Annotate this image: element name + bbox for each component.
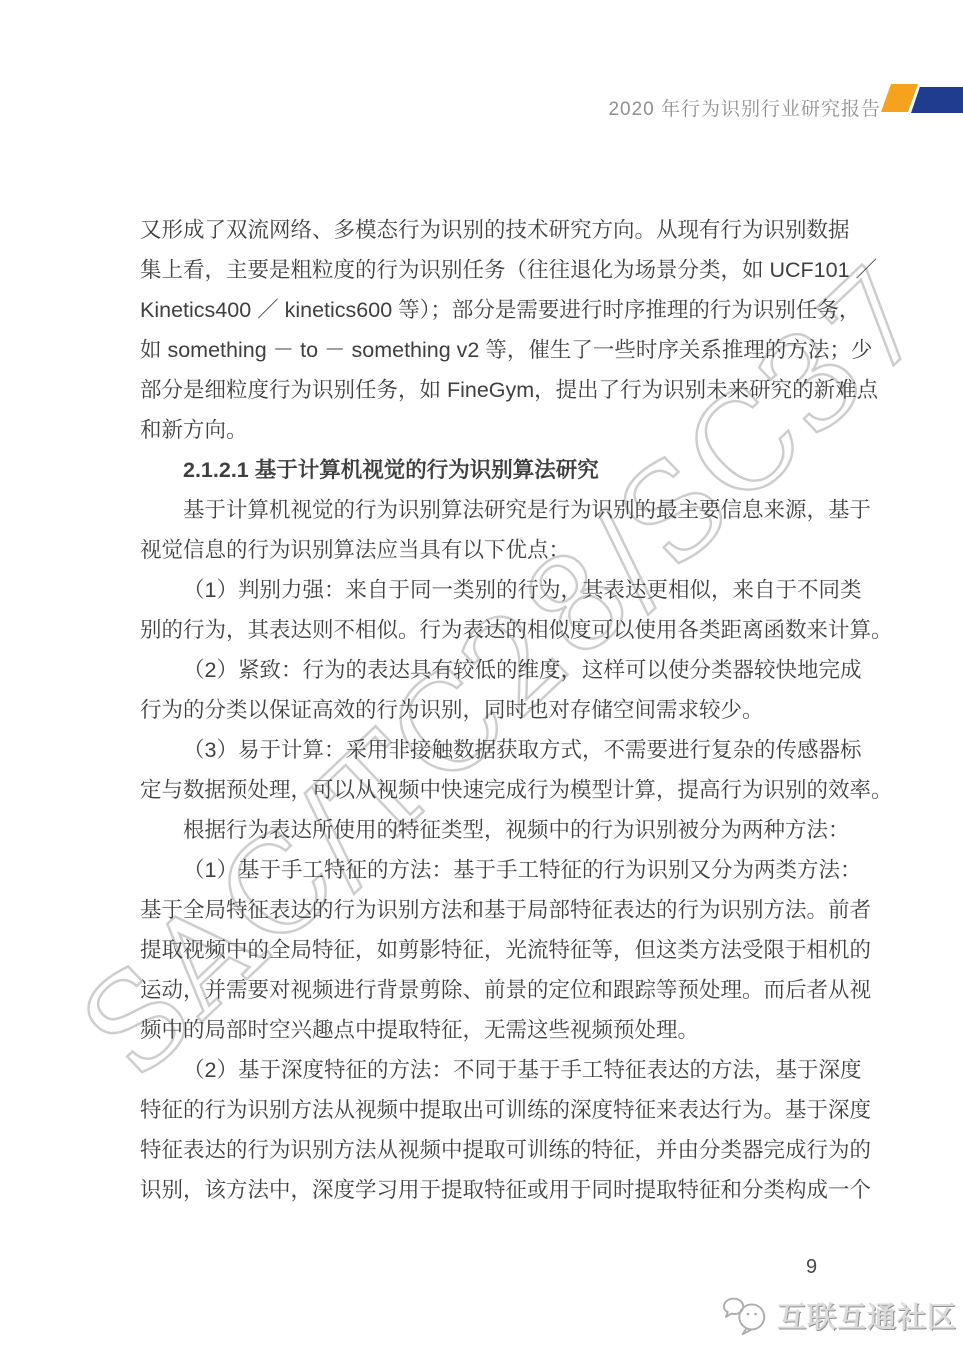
body-text-line: 部分是细粒度行为识别任务，如 FineGym，提出了行为识别未来研究的新难点 (140, 370, 852, 410)
document-body: 又形成了双流网络、多模态行为识别的技术研究方向。从现有行为识别数据集上看，主要是… (140, 210, 852, 1210)
footer-brand: 互联互通社区 (722, 1294, 957, 1336)
body-text-line: 视觉信息的行为识别算法应当具有以下优点： (140, 530, 852, 570)
body-text-line: 集上看，主要是粗粒度的行为识别任务（往往退化为场景分类，如 UCF101 ／ (140, 250, 852, 290)
body-text-line: Kinetics400 ／ kinetics600 等）；部分是需要进行时序推理… (140, 290, 852, 330)
document-page: SAC/TC28/SC37 2020 年行为识别行业研究报告 又形成了双流网络、… (0, 0, 963, 1360)
body-text-line: 频中的局部时空兴趣点中提取特征，无需这些视频预处理。 (140, 1010, 852, 1050)
body-text-line: 又形成了双流网络、多模态行为识别的技术研究方向。从现有行为识别数据 (140, 210, 852, 250)
body-text-line: （1）判别力强：来自于同一类别的行为，其表达更相似，来自于不同类 (140, 570, 852, 610)
body-text-line: （1）基于手工特征的方法：基于手工特征的行为识别又分为两类方法： (140, 850, 852, 890)
body-text-line: 特征的行为识别方法从视频中提取出可训练的深度特征来表达行为。基于深度 (140, 1090, 852, 1130)
logo-orange-parallelogram (881, 84, 918, 112)
section-heading: 2.1.2.1 基于计算机视觉的行为识别算法研究 (140, 450, 852, 490)
body-text-line: 根据行为表达所使用的特征类型，视频中的行为识别被分为两种方法： (140, 810, 852, 850)
body-text-line: （2）紧致：行为的表达具有较低的维度，这样可以使分类器较快地完成 (140, 650, 852, 690)
chat-bubbles-mascot-icon (722, 1294, 770, 1336)
body-text-line: 基于全局特征表达的行为识别方法和基于局部特征表达的行为识别方法。前者 (140, 890, 852, 930)
body-text-line: （3）易于计算：采用非接触数据获取方式，不需要进行复杂的传感器标 (140, 730, 852, 770)
body-text-line: 别的行为，其表达则不相似。行为表达的相似度可以使用各类距离函数来计算。 (140, 610, 852, 650)
logo-blue-parallelogram (911, 87, 963, 113)
body-text-line: 如 something － to － something v2 等，催生了一些时… (140, 330, 852, 370)
page-number: 9 (806, 1256, 817, 1279)
body-text-line: 运动，并需要对视频进行背景剪除、前景的定位和跟踪等预处理。而后者从视 (140, 970, 852, 1010)
body-text-line: 定与数据预处理，可以从视频中快速完成行为模型计算，提高行为识别的效率。 (140, 770, 852, 810)
body-text-line: 提取视频中的全局特征，如剪影特征，光流特征等，但这类方法受限于相机的 (140, 930, 852, 970)
body-text-line: 基于计算机视觉的行为识别算法研究是行为识别的最主要信息来源，基于 (140, 490, 852, 530)
body-text-line: 识别，该方法中，深度学习用于提取特征或用于同时提取特征和分类构成一个 (140, 1170, 852, 1210)
body-text-line: 特征表达的行为识别方法从视频中提取可训练的特征，并由分类器完成行为的 (140, 1130, 852, 1170)
body-text-line: （2）基于深度特征的方法：不同于基于手工特征表达的方法，基于深度 (140, 1050, 852, 1090)
footer-brand-name: 互联互通社区 (777, 1295, 957, 1336)
body-text-line: 和新方向。 (140, 410, 852, 450)
header-report-title: 2020 年行为识别行业研究报告 (608, 94, 881, 121)
body-text-line: 行为的分类以保证高效的行为识别，同时也对存储空间需求较少。 (140, 690, 852, 730)
